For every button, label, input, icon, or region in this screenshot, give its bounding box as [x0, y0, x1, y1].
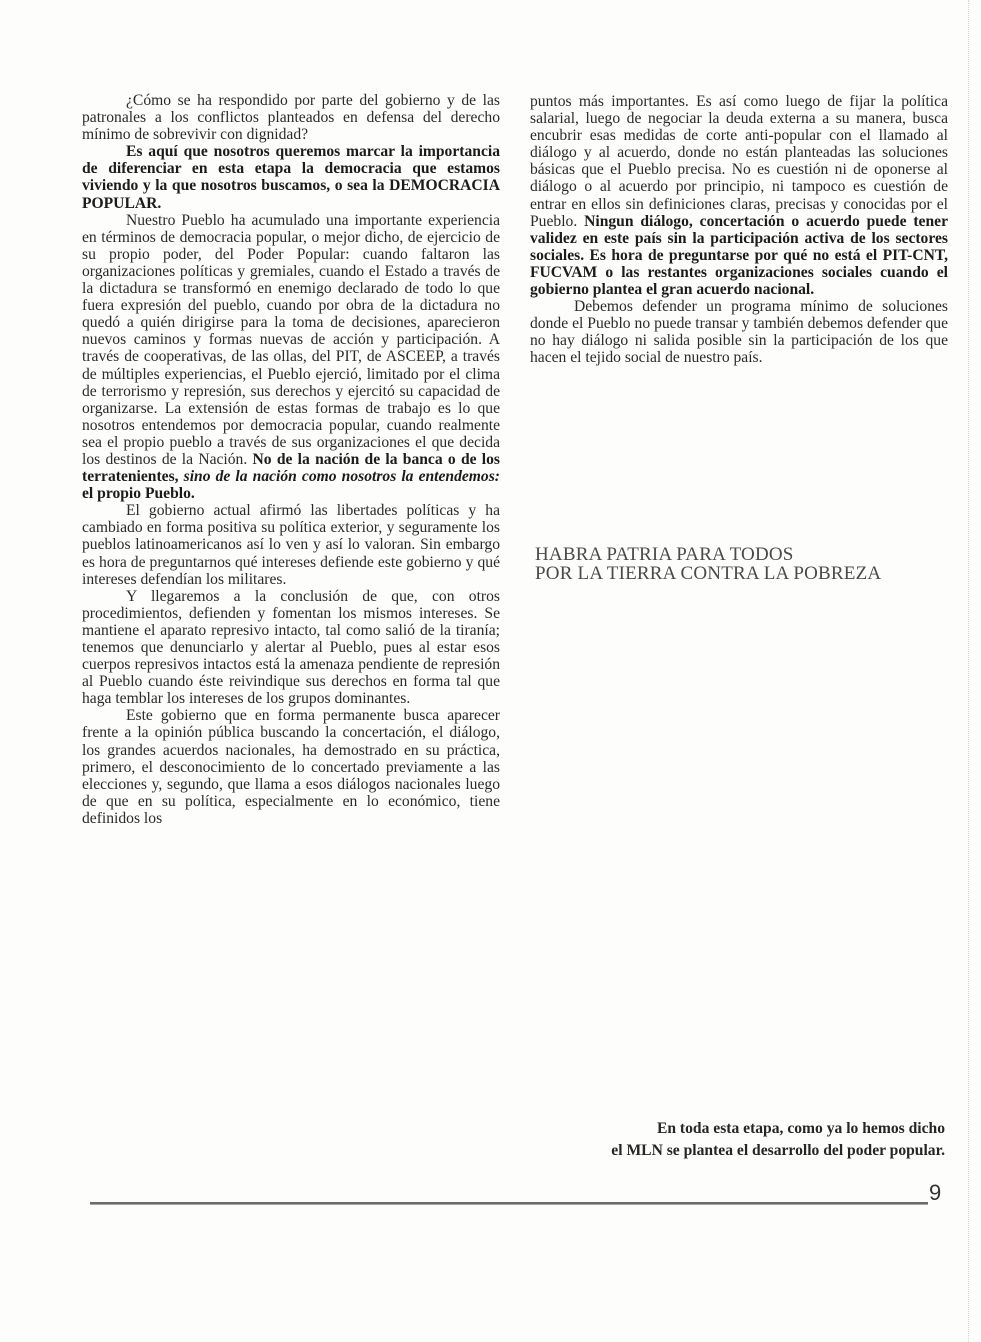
scan-edge — [968, 0, 971, 1342]
paragraph: ¿Cómo se ha respondido por parte del gob… — [82, 92, 500, 143]
emphasis-bold: el propio Pueblo. — [82, 485, 195, 502]
paragraph: Nuestro Pueblo ha acumulado una importan… — [82, 212, 500, 503]
page-number: 9 — [929, 1180, 941, 1206]
paragraph: Y llegaremos a la conclusión de que, con… — [82, 588, 500, 708]
paragraph: Este gobierno que en forma permanente bu… — [82, 707, 500, 827]
closing-statement: En toda esta etapa, como ya lo hemos dic… — [535, 1118, 945, 1162]
headline-line-2: POR LA TIERRA CONTRA LA POBREZA — [535, 565, 965, 584]
footer-rule — [90, 1202, 928, 1205]
closing-line-1: En toda esta etapa, como ya lo hemos dic… — [535, 1118, 945, 1140]
paragraph-text: Nuestro Pueblo ha acumulado una importan… — [82, 212, 500, 468]
headline: HABRA PATRIA PARA TODOS POR LA TIERRA CO… — [535, 546, 965, 583]
paragraph-text: puntos más importantes. Es así como lueg… — [530, 93, 948, 230]
headline-line-1: HABRA PATRIA PARA TODOS — [535, 546, 965, 565]
emphasis-bold-italic: sino de la nación como nosotros la enten… — [184, 468, 500, 485]
left-column: ¿Cómo se ha respondido por parte del gob… — [82, 92, 500, 827]
emphasis-bold: Ningun diálogo, concertación o acuerdo p… — [530, 213, 948, 298]
paragraph: El gobierno actual afirmó las libertades… — [82, 502, 500, 587]
paragraph: Debemos defender un programa mínimo de s… — [530, 298, 948, 366]
right-column: puntos más importantes. Es así como lueg… — [530, 93, 948, 367]
paragraph-bold: Es aquí que nosotros queremos marcar la … — [82, 143, 500, 211]
closing-line-2: el MLN se plantea el desarrollo del pode… — [535, 1140, 945, 1162]
paragraph: puntos más importantes. Es así como lueg… — [530, 93, 948, 298]
